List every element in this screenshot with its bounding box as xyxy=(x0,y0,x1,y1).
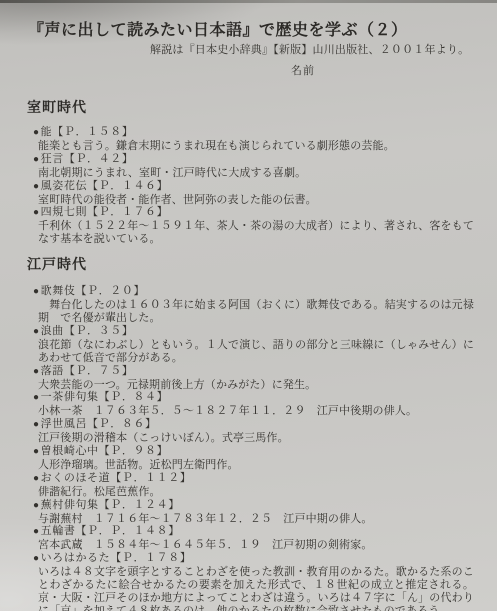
item-term: 風姿花伝 xyxy=(41,180,87,192)
item-list: ●能【Ｐ．１５８】 能楽とも言う。鎌倉末期にうまれ現在も演じられている劇形態の芸… xyxy=(0,126,497,246)
item-term: 能 xyxy=(41,126,53,138)
bullet-icon: ● xyxy=(33,127,40,138)
item-head: ●浮世風呂【Ｐ．８６】 xyxy=(33,418,477,432)
bullet-icon: ● xyxy=(33,181,40,192)
item-page-ref: 【Ｐ．４２】 xyxy=(64,153,134,165)
list-item: ●曽根崎心中【Ｐ．９８】 人形浄瑠璃。世話物。近松門左衛門作。 xyxy=(0,445,497,472)
item-page-ref: 【Ｐ．９８】 xyxy=(99,445,169,457)
item-page-ref: 【Ｐ．１２４】 xyxy=(99,499,180,511)
item-description: 浪花節（なにわぶし）ともいう。１人で演じ、語りの部分と三味線に（しゃみせん）にあ… xyxy=(38,339,474,365)
sections-container: 室町時代 ●能【Ｐ．１５８】 能楽とも言う。鎌倉末期にうまれ現在も演じられている… xyxy=(0,100,497,611)
section-heading: 江戸時代 xyxy=(27,257,497,275)
item-term: いろはかるた xyxy=(41,552,111,564)
item-description: 宮本武蔵 １５８４年～１６４５年５．１９ 江戸初期の剣術家。 xyxy=(38,539,474,552)
list-item: ●おくのほそ道【Ｐ．１１２】 俳諧紀行。松尾芭蕉作。 xyxy=(0,472,497,499)
item-description: 千利休（１５２２年～１５９１年、茶人・茶の湯の大成者）により、著され、客をもてな… xyxy=(38,220,474,246)
item-description: 与謝蕪村 １７１６年～１７８３年１２．２５ 江戸中期の俳人。 xyxy=(38,513,474,526)
item-head: ●いろはかるた【Ｐ．１７８】 xyxy=(33,552,477,566)
list-item: ●四規七則【Ｐ．１７６】 千利休（１５２２年～１５９１年、茶人・茶の湯の大成者）… xyxy=(0,206,497,246)
item-term: 浪曲 xyxy=(41,325,64,337)
item-term: 歌舞伎 xyxy=(41,285,76,297)
list-item: ●風姿花伝【Ｐ．１４６】 室町時代の能役者・能作者、世阿弥の表した能の伝書。 xyxy=(0,180,497,207)
item-head: ●浪曲【Ｐ．３５】 xyxy=(33,325,477,339)
section: 室町時代 ●能【Ｐ．１５８】 能楽とも言う。鎌倉末期にうまれ現在も演じられている… xyxy=(0,100,497,246)
bullet-icon: ● xyxy=(33,392,40,403)
bullet-icon: ● xyxy=(33,419,40,430)
item-page-ref: 【Ｐ．１１２】 xyxy=(110,472,191,484)
item-page-ref: 【Ｐ．７５】 xyxy=(64,365,134,377)
item-term: 五輪書 xyxy=(41,525,76,537)
list-item: ●狂言【Ｐ．４２】 南北朝期にうまれ、室町・江戸時代に大成する喜劇。 xyxy=(0,153,497,180)
item-page-ref: 【Ｐ．１５８】 xyxy=(52,126,133,138)
bullet-icon: ● xyxy=(33,500,40,511)
item-head: ●四規七則【Ｐ．１７６】 xyxy=(33,206,477,220)
list-item: ●一茶俳句集【Ｐ．８４】 小林一茶 １７６３年５．５～１８２７年１１．２９ 江戸… xyxy=(0,391,497,418)
section: 江戸時代 ●歌舞伎【Ｐ．２０】 舞台化したのは１６０３年に始まる阿国（おくに）歌… xyxy=(0,257,497,611)
item-term: 蕪村俳句集 xyxy=(41,499,99,511)
item-description: 南北朝期にうまれ、室町・江戸時代に大成する喜劇。 xyxy=(38,167,474,180)
item-description: 大衆芸能の一つ。元禄期前後上方（かみがた）に発生。 xyxy=(38,379,474,392)
section-heading: 室町時代 xyxy=(27,100,497,118)
item-page-ref: 【Ｐ．２０】 xyxy=(75,285,145,297)
item-term: 四規七則 xyxy=(41,206,87,218)
item-description: 舞台化したのは１６０３年に始まる阿国（おくに）歌舞伎である。結実するのは元禄期 … xyxy=(38,299,474,325)
item-head: ●曽根崎心中【Ｐ．９８】 xyxy=(33,445,477,459)
item-description: 江戸後期の滑稽本（こっけいぼん）。式亭三馬作。 xyxy=(38,432,474,445)
page-title: 『声に出して読みたい日本語』で歴史を学ぶ（２） xyxy=(28,20,497,41)
item-page-ref: 【Ｐ．Ｐ．１４８】 xyxy=(75,525,179,537)
page-subtitle: 解説は『日本史小辞典』【新版】山川出版社、２００１年より。 xyxy=(150,43,497,57)
item-head: ●一茶俳句集【Ｐ．８４】 xyxy=(33,391,477,405)
item-head: ●蕪村俳句集【Ｐ．１２４】 xyxy=(33,499,477,513)
document-page: 『声に出して読みたい日本語』で歴史を学ぶ（２） 解説は『日本史小辞典』【新版】山… xyxy=(0,0,497,611)
item-term: 浮世風呂 xyxy=(41,418,87,430)
item-head: ●狂言【Ｐ．４２】 xyxy=(33,153,477,167)
item-description: いろは４８文字を頭字とすることわざを使った教訓・教育用のかるた。歌かるた系のこと… xyxy=(38,566,474,611)
list-item: ●いろはかるた【Ｐ．１７８】 いろは４８文字を頭字とすることわざを使った教訓・教… xyxy=(0,552,497,611)
bullet-icon: ● xyxy=(33,553,40,564)
item-head: ●能【Ｐ．１５８】 xyxy=(33,126,477,140)
list-item: ●歌舞伎【Ｐ．２０】 舞台化したのは１６０３年に始まる阿国（おくに）歌舞伎である… xyxy=(0,285,497,325)
item-head: ●風姿花伝【Ｐ．１４６】 xyxy=(33,180,477,194)
item-term: 狂言 xyxy=(41,153,64,165)
item-description: 能楽とも言う。鎌倉末期にうまれ現在も演じられている劇形態の芸能。 xyxy=(38,140,474,153)
bullet-icon: ● xyxy=(33,473,40,484)
bullet-icon: ● xyxy=(33,326,40,337)
bullet-icon: ● xyxy=(33,366,40,377)
item-head: ●おくのほそ道【Ｐ．１１２】 xyxy=(33,472,477,486)
item-list: ●歌舞伎【Ｐ．２０】 舞台化したのは１６０３年に始まる阿国（おくに）歌舞伎である… xyxy=(0,285,497,611)
item-page-ref: 【Ｐ．１４６】 xyxy=(87,180,168,192)
item-page-ref: 【Ｐ．３５】 xyxy=(64,325,134,337)
item-page-ref: 【Ｐ．１７８】 xyxy=(110,552,191,564)
item-description: 俳諧紀行。松尾芭蕉作。 xyxy=(38,486,474,499)
item-term: 落語 xyxy=(41,365,64,377)
list-item: ●浮世風呂【Ｐ．８６】 江戸後期の滑稽本（こっけいぼん）。式亭三馬作。 xyxy=(0,418,497,445)
name-label: 名前 xyxy=(291,64,497,78)
item-head: ●歌舞伎【Ｐ．２０】 xyxy=(33,285,477,299)
item-page-ref: 【Ｐ．８６】 xyxy=(87,418,157,430)
item-page-ref: 【Ｐ．１７６】 xyxy=(87,206,168,218)
item-head: ●落語【Ｐ．７５】 xyxy=(33,365,477,379)
list-item: ●蕪村俳句集【Ｐ．１２４】 与謝蕪村 １７１６年～１７８３年１２．２５ 江戸中期… xyxy=(0,499,497,526)
paper-top-edge-shadow xyxy=(0,0,497,3)
bullet-icon: ● xyxy=(33,526,40,537)
item-description: 小林一茶 １７６３年５．５～１８２７年１１．２９ 江戸中後期の俳人。 xyxy=(38,405,474,418)
item-page-ref: 【Ｐ．８４】 xyxy=(99,391,169,403)
list-item: ●五輪書【Ｐ．Ｐ．１４８】 宮本武蔵 １５８４年～１６４５年５．１９ 江戸初期の… xyxy=(0,525,497,552)
bullet-icon: ● xyxy=(33,446,40,457)
bullet-icon: ● xyxy=(33,286,40,297)
list-item: ●落語【Ｐ．７５】 大衆芸能の一つ。元禄期前後上方（かみがた）に発生。 xyxy=(0,365,497,392)
list-item: ●能【Ｐ．１５８】 能楽とも言う。鎌倉末期にうまれ現在も演じられている劇形態の芸… xyxy=(0,126,497,153)
item-head: ●五輪書【Ｐ．Ｐ．１４８】 xyxy=(33,525,477,539)
item-term: 一茶俳句集 xyxy=(41,391,99,403)
item-term: 曽根崎心中 xyxy=(41,445,99,457)
bullet-icon: ● xyxy=(33,154,40,165)
list-item: ●浪曲【Ｐ．３５】 浪花節（なにわぶし）ともいう。１人で演じ、語りの部分と三味線… xyxy=(0,325,497,365)
item-description: 人形浄瑠璃。世話物。近松門左衛門作。 xyxy=(38,459,474,472)
bullet-icon: ● xyxy=(33,207,40,218)
item-term: おくのほそ道 xyxy=(41,472,111,484)
item-description: 室町時代の能役者・能作者、世阿弥の表した能の伝書。 xyxy=(38,194,474,207)
